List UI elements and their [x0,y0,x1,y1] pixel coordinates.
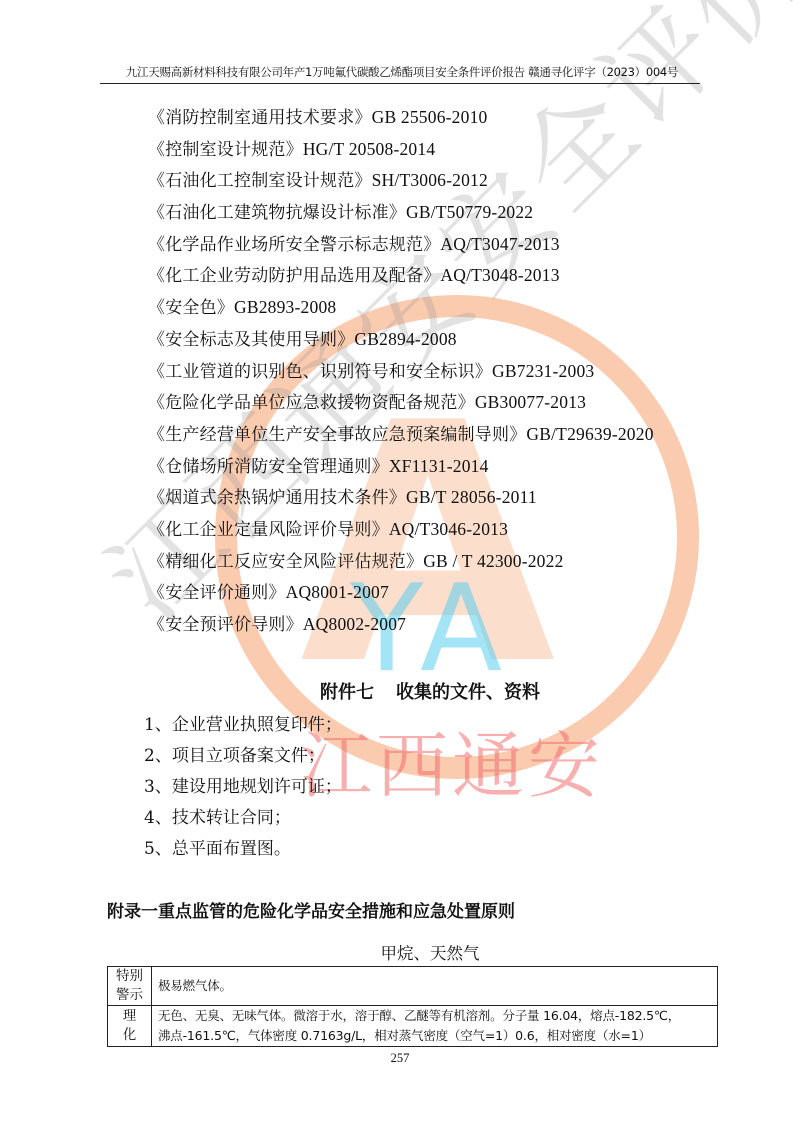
row-value-line: 无色、无臭、无味气体。微溶于水，溶于醇、乙醚等有机溶剂。分子量 16.04，熔点… [158,1006,711,1026]
reference-title: 《生产经营单位生产安全事故应急预案编制导则》 [148,425,526,445]
reference-code: GB 25506-2010 [372,107,488,127]
reference-title: 《工业管道的识别色、识别符号和安全标识》 [148,362,492,382]
reference-item: 《控制室设计规范》HG/T 20508-2014 [148,134,728,166]
reference-code: GB/T29639-2020 [526,424,653,444]
running-header: 九江天赐高新材料科技有限公司年产1万吨氟代碳酸乙烯酯项目安全条件评价报告 赣通寻… [108,64,696,80]
page-number: 257 [0,1051,800,1066]
reference-code: GB2893-2008 [234,297,336,317]
reference-code: AQ/T3046-2013 [389,519,508,539]
reference-title: 《烟道式余热锅炉通用技术条件》 [148,488,406,508]
reference-code: GB30077-2013 [475,392,586,412]
appendix-one-heading: 附录一重点监管的危险化学品安全措施和应急处置原则 [107,897,515,922]
row-label-line: 特别 [108,967,151,986]
row-label-line: 化 [108,1026,151,1045]
reference-code: XF1131-2014 [389,456,489,476]
reference-item: 《安全评价通则》AQ8001-2007 [148,577,728,609]
reference-title: 《精细化工反应安全风险评估规范》 [148,552,423,572]
row-label: 特别警示 [108,967,152,1006]
file-list-item: 3、建设用地规划许可证； [144,772,342,803]
reference-code: GB/T 28056-2011 [406,487,537,507]
reference-item: 《安全预评价导则》AQ8002-2007 [148,609,728,641]
watermark-company-short: 江西通安 [300,730,604,802]
reference-item: 《生产经营单位生产安全事故应急预案编制导则》GB/T29639-2020 [148,419,728,451]
header-rule [100,83,700,84]
reference-code: AQ8001-2007 [286,582,389,602]
reference-item: 《烟道式余热锅炉通用技术条件》GB/T 28056-2011 [148,482,728,514]
row-label-line: 理 [108,1007,151,1026]
reference-item: 《危险化学品单位应急救援物资配备规范》GB30077-2013 [148,387,728,419]
appendix-seven-title: 附件七收集的文件、资料 [0,678,800,704]
reference-title: 《控制室设计规范》 [148,140,303,160]
reference-title: 《石油化工控制室设计规范》 [148,171,372,191]
reference-title: 《化学品作业场所安全警示标志规范》 [148,235,440,255]
reference-title: 《化工企业劳动防护用品选用及配备》 [148,266,440,286]
reference-code: GB7231-2003 [492,361,594,381]
reference-title: 《化工企业定量风险评价导则》 [148,520,389,540]
reference-item: 《安全色》GB2893-2008 [148,292,728,324]
reference-item: 《精细化工反应安全风险评估规范》GB / T 42300-2022 [148,546,728,578]
chemical-name: 甲烷、天然气 [0,940,800,964]
reference-item: 《化工企业定量风险评价导则》AQ/T3046-2013 [148,514,728,546]
reference-title: 《危险化学品单位应急救援物资配备规范》 [148,393,475,413]
file-list-item: 4、技术转让合同； [144,803,342,834]
appendix-number: 附件七 [320,682,374,703]
reference-code: SH/T3006-2012 [372,170,488,190]
reference-title: 《安全标志及其使用导则》 [148,330,354,350]
reference-code: AQ8002-2007 [303,614,406,634]
row-label-line: 警示 [108,986,151,1005]
reference-code: HG/T 20508-2014 [303,139,435,159]
reference-standards-list: 《消防控制室通用技术要求》GB 25506-2010 《控制室设计规范》HG/T… [148,102,728,641]
file-list-item: 1、企业营业执照复印件； [144,710,342,741]
reference-code: GB / T 42300-2022 [423,551,563,571]
reference-item: 《化学品作业场所安全警示标志规范》AQ/T3047-2013 [148,229,728,261]
appendix-title-text: 收集的文件、资料 [396,682,540,703]
reference-item: 《石油化工建筑物抗爆设计标准》GB/T50779-2022 [148,197,728,229]
reference-title: 《消防控制室通用技术要求》 [148,108,372,128]
reference-code: AQ/T3047-2013 [440,234,559,254]
file-list-item: 2、项目立项备案文件； [144,741,342,772]
row-value: 无色、无臭、无味气体。微溶于水，溶于醇、乙醚等有机溶剂。分子量 16.04，熔点… [152,1006,718,1047]
reference-title: 《安全预评价导则》 [148,615,303,635]
reference-code: GB2894-2008 [354,329,456,349]
reference-item: 《化工企业劳动防护用品选用及配备》AQ/T3048-2013 [148,260,728,292]
reference-title: 《仓储场所消防安全管理通则》 [148,457,389,477]
reference-title: 《安全评价通则》 [148,583,286,603]
table-row: 理化 无色、无臭、无味气体。微溶于水，溶于醇、乙醚等有机溶剂。分子量 16.04… [108,1006,718,1047]
row-label: 理化 [108,1006,152,1047]
reference-item: 《安全标志及其使用导则》GB2894-2008 [148,324,728,356]
reference-title: 《安全色》 [148,298,234,318]
file-list-item: 5、总平面布置图。 [144,834,342,865]
reference-title: 《石油化工建筑物抗爆设计标准》 [148,203,406,223]
row-value: 极易燃气体。 [152,967,718,1006]
table-row: 特别警示 极易燃气体。 [108,967,718,1006]
reference-code: AQ/T3048-2013 [440,265,559,285]
chemical-safety-table: 特别警示 极易燃气体。 理化 无色、无臭、无味气体。微溶于水，溶于醇、乙醚等有机… [107,966,718,1047]
reference-item: 《工业管道的识别色、识别符号和安全标识》GB7231-2003 [148,356,728,388]
collected-files-list: 1、企业营业执照复印件； 2、项目立项备案文件； 3、建设用地规划许可证； 4、… [144,710,342,865]
reference-item: 《石油化工控制室设计规范》SH/T3006-2012 [148,165,728,197]
row-value-line: 沸点-161.5℃，气体密度 0.7163g/L，相对蒸气密度（空气=1）0.6… [158,1026,711,1046]
reference-item: 《消防控制室通用技术要求》GB 25506-2010 [148,102,728,134]
reference-item: 《仓储场所消防安全管理通则》XF1131-2014 [148,451,728,483]
reference-code: GB/T50779-2022 [406,202,533,222]
